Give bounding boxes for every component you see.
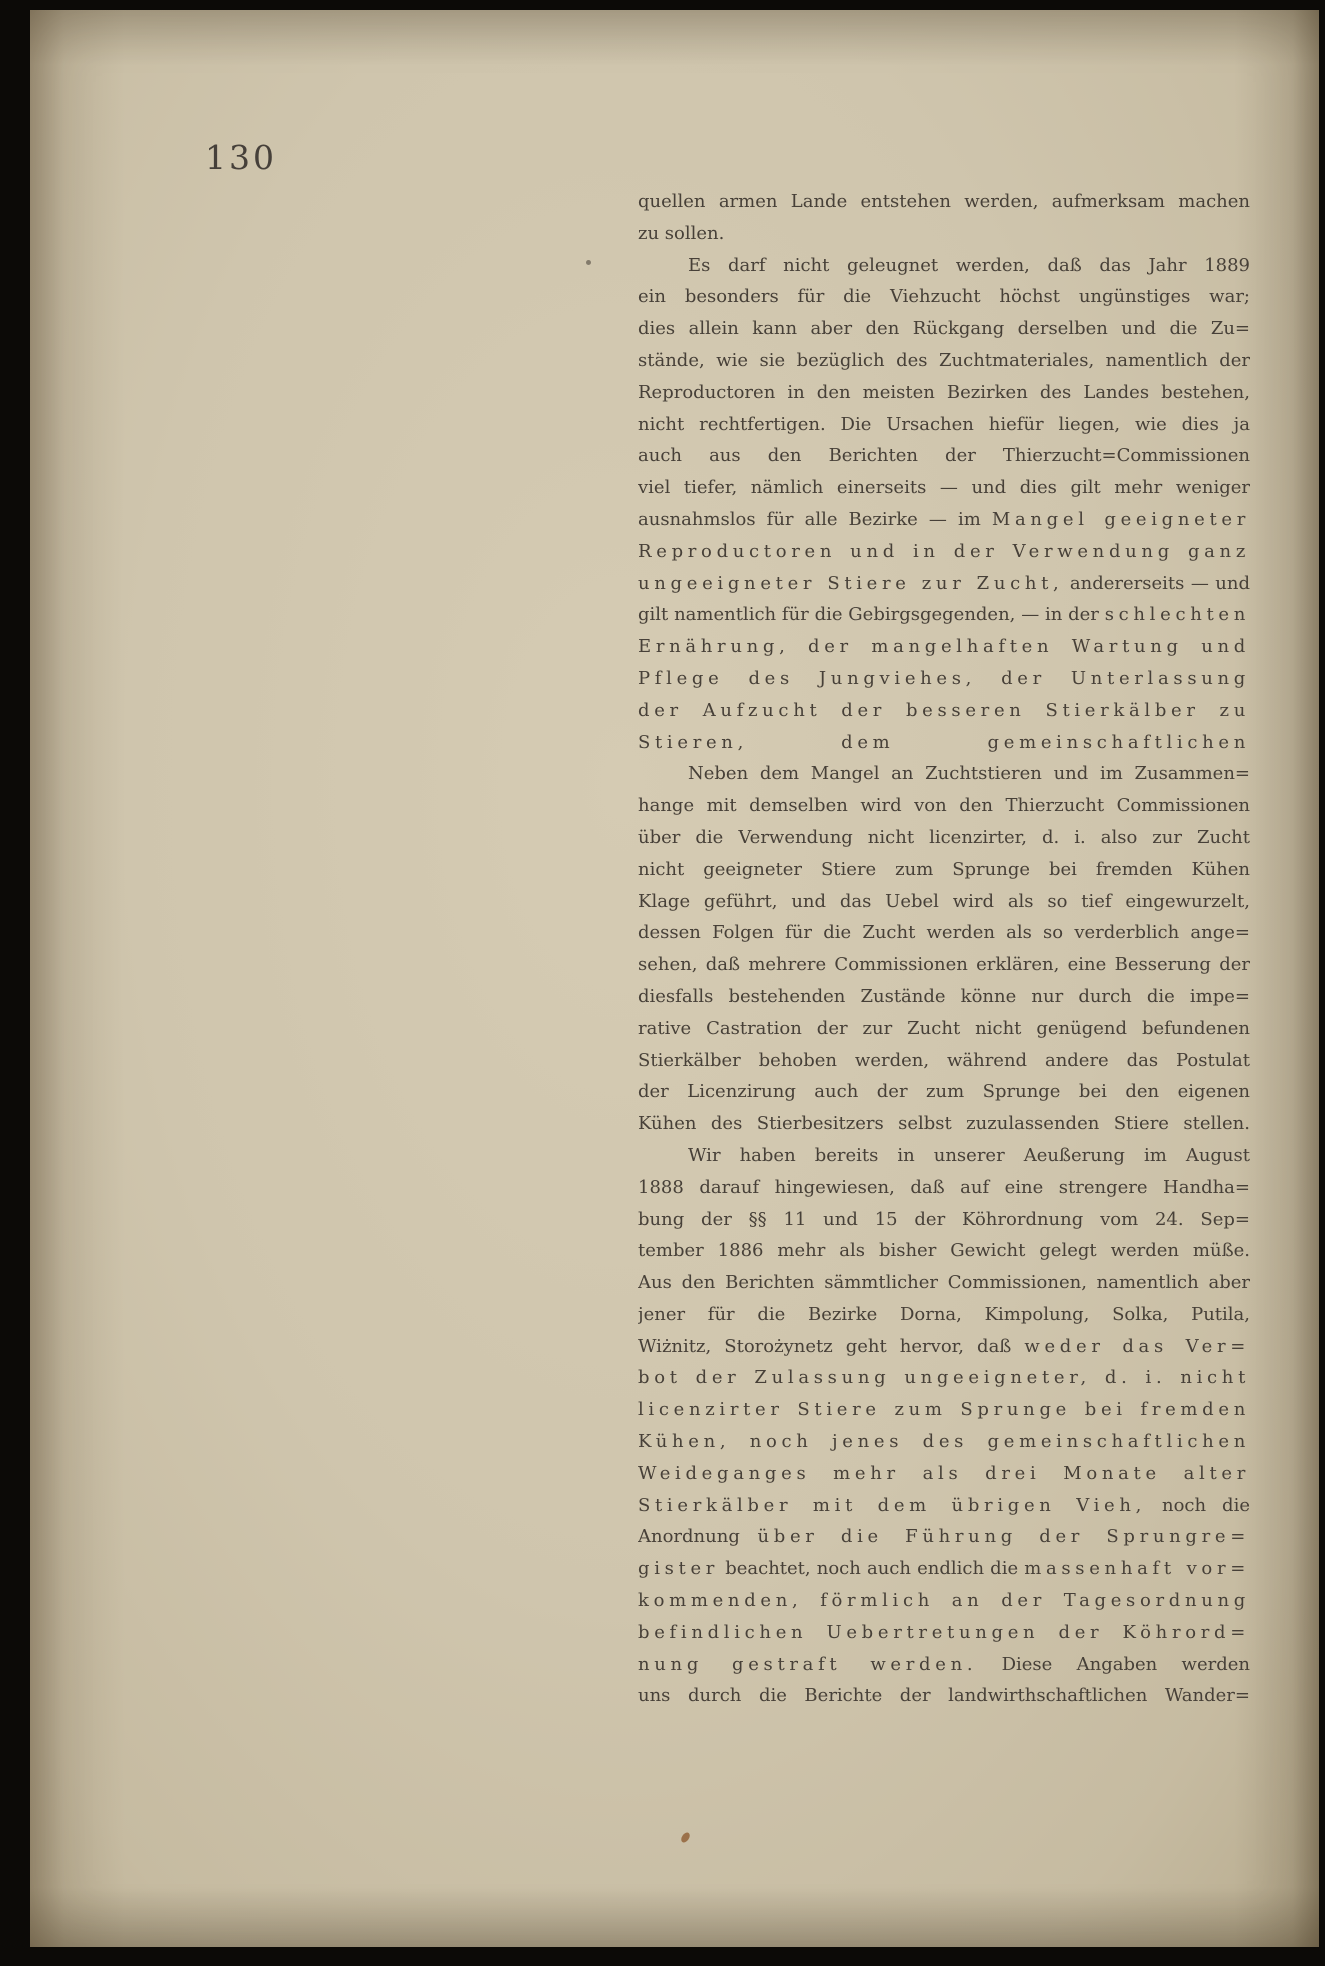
- text-line: nicht geeigneter Stiere zum Sprunge bei …: [638, 854, 1250, 886]
- text-line: Weideganges mehr als drei Monate alter: [638, 1458, 1250, 1490]
- text-line: Pflege des Jungviehes, der Unterlassung: [638, 663, 1250, 695]
- body-text: rative Castration der zur Zucht nicht ge…: [638, 1018, 1250, 1039]
- letterspaced-text: befindlichen Uebertretungen der Köhrord=: [638, 1622, 1250, 1643]
- letterspaced-text: massenhaft vor=: [1024, 1558, 1250, 1579]
- letterspaced-text: über die Führung der Sprungre=: [758, 1526, 1251, 1547]
- text-line: befindlichen Uebertretungen der Köhrord=: [638, 1617, 1250, 1649]
- text-line: der Aufzucht der besseren Stierkälber zu: [638, 695, 1250, 727]
- body-text: Anordnung: [638, 1526, 758, 1547]
- text-line: licenzirter Stiere zum Sprunge bei fremd…: [638, 1394, 1250, 1426]
- text-line: Anordnung über die Führung der Sprungre=: [638, 1521, 1250, 1553]
- text-line: tember 1886 mehr als bisher Gewicht gele…: [638, 1235, 1250, 1267]
- letterspaced-text: Pflege des Jungviehes, der Unterlassung: [638, 668, 1250, 689]
- body-text: Es darf nicht geleugnet werden, daß das …: [688, 255, 1250, 276]
- text-line: gilt namentlich für die Gebirgsgegenden,…: [638, 599, 1250, 631]
- body-text: nicht geeigneter Stiere zum Sprunge bei …: [638, 859, 1250, 880]
- body-text: Kühen des Stierbesitzers selbst zuzulass…: [638, 1113, 1250, 1134]
- text-line: nung gestraft werden. Diese Angaben werd…: [638, 1649, 1250, 1681]
- text-line: Reproductoren und in der Verwendung ganz: [638, 536, 1250, 568]
- text-line: nicht rechtfertigen. Die Ursachen hiefür…: [638, 409, 1250, 441]
- body-text: Klage geführt, und das Uebel wird als so…: [638, 891, 1250, 912]
- body-text: sehen, daß mehrere Commissionen erklären…: [638, 954, 1250, 975]
- body-text: stände, wie sie bezüglich des Zuchtmater…: [638, 350, 1250, 371]
- text-line: Neben dem Mangel an Zuchtstieren und im …: [638, 758, 1250, 790]
- text-line: ungeeigneter Stiere zur Zucht, andererse…: [638, 568, 1250, 600]
- text-line: Es darf nicht geleugnet werden, daß das …: [638, 250, 1250, 282]
- text-line: zu sollen.: [638, 218, 1250, 250]
- scanned-book-page: 130 quellen armen Lande entstehen werden…: [0, 0, 1325, 1966]
- body-text: beachtet, noch auch endlich die: [719, 1558, 1024, 1579]
- letterspaced-text: Weideganges mehr als drei Monate alter: [638, 1463, 1250, 1484]
- body-text: Reproductoren in den meisten Bezirken de…: [638, 382, 1250, 403]
- text-line: über die Verwendung nicht licenzirter, d…: [638, 822, 1250, 854]
- body-text: der Licenzirung auch der zum Sprunge bei…: [638, 1081, 1250, 1102]
- body-text: gilt namentlich für die Gebirgsgegenden,…: [638, 604, 1105, 625]
- text-line: jener für die Bezirke Dorna, Kimpolung, …: [638, 1299, 1250, 1331]
- text-line: der Licenzirung auch der zum Sprunge bei…: [638, 1076, 1250, 1108]
- text-line: quellen armen Lande entstehen werden, au…: [638, 186, 1250, 218]
- body-text: 1888 darauf hingewiesen, daß auf eine st…: [638, 1177, 1250, 1198]
- text-line: Reproductoren in den meisten Bezirken de…: [638, 377, 1250, 409]
- letterspaced-text: schlechten: [1105, 604, 1250, 625]
- text-line: Aus den Berichten sämmtlicher Commission…: [638, 1267, 1250, 1299]
- body-text: nicht rechtfertigen. Die Ursachen hiefür…: [638, 414, 1250, 435]
- body-text: noch die: [1146, 1495, 1250, 1516]
- text-line: sehen, daß mehrere Commissionen erklären…: [638, 949, 1250, 981]
- letterspaced-text: nung gestraft werden.: [638, 1654, 977, 1675]
- body-text: Diese Angaben werden: [977, 1654, 1250, 1675]
- text-line: bot der Zulassung ungeeigneter, d. i. ni…: [638, 1362, 1250, 1394]
- text-line: Wir haben bereits in unserer Aeußerung i…: [638, 1140, 1250, 1172]
- text-line: 1888 darauf hingewiesen, daß auf eine st…: [638, 1172, 1250, 1204]
- text-line: uns durch die Berichte der landwirthscha…: [638, 1680, 1250, 1712]
- letterspaced-text: Ernährung, der mangelhaften Wartung und: [638, 636, 1250, 657]
- body-text: hange mit demselben wird von den Thierzu…: [638, 795, 1250, 816]
- text-line: Stierkälber behoben werden, während ande…: [638, 1045, 1250, 1077]
- body-text: dies allein kann aber den Rückgang derse…: [638, 318, 1250, 339]
- body-text: über die Verwendung nicht licenzirter, d…: [638, 827, 1250, 848]
- body-text: diesfalls bestehenden Zustände könne nur…: [638, 986, 1250, 1007]
- body-text: viel tiefer, nämlich einerseits — und di…: [638, 477, 1250, 498]
- body-text: uns durch die Berichte der landwirthscha…: [638, 1685, 1250, 1706]
- letterspaced-text: kommenden, förmlich an der Tagesordnung: [638, 1590, 1250, 1611]
- page-number: 130: [205, 138, 277, 177]
- body-text: tember 1886 mehr als bisher Gewicht gele…: [638, 1240, 1250, 1261]
- text-line: Stierkälber mit dem übrigen Vieh, noch d…: [638, 1490, 1250, 1522]
- text-line: rative Castration der zur Zucht nicht ge…: [638, 1013, 1250, 1045]
- body-text: bung der §§ 11 und 15 der Köhrordnung vo…: [638, 1209, 1250, 1230]
- stain-speck: [679, 1831, 691, 1844]
- body-text: Neben dem Mangel an Zuchtstieren und im …: [688, 763, 1250, 784]
- text-line: Ernährung, der mangelhaften Wartung und: [638, 631, 1250, 663]
- body-text: Wir haben bereits in unserer Aeußerung i…: [688, 1145, 1250, 1166]
- letterspaced-text: Reproductoren und in der Verwendung ganz: [638, 541, 1250, 562]
- ink-speck: [586, 260, 591, 265]
- body-text: quellen armen Lande entstehen werden, au…: [638, 191, 1250, 212]
- text-line: gister beachtet, noch auch endlich die m…: [638, 1553, 1250, 1585]
- letterspaced-text: ungeeigneter Stiere zur Zucht,: [638, 573, 1063, 594]
- text-line: kommenden, förmlich an der Tagesordnung: [638, 1585, 1250, 1617]
- text-line: bung der §§ 11 und 15 der Köhrordnung vo…: [638, 1204, 1250, 1236]
- text-line: diesfalls bestehenden Zustände könne nur…: [638, 981, 1250, 1013]
- letterspaced-text: Kühen, noch jenes des gemeinschaftlichen: [638, 1431, 1250, 1452]
- body-text: Stierkälber behoben werden, während ande…: [638, 1050, 1250, 1071]
- text-line: stände, wie sie bezüglich des Zuchtmater…: [638, 345, 1250, 377]
- body-text: dessen Folgen für die Zucht werden als s…: [638, 922, 1250, 943]
- letterspaced-text: Stieren, dem gemeinschaftlichen Weidegan…: [638, 732, 1250, 759]
- letterspaced-text: Stierkälber mit dem übrigen Vieh,: [638, 1495, 1146, 1516]
- text-line: Kühen, noch jenes des gemeinschaftlichen: [638, 1426, 1250, 1458]
- text-line: Wiżnitz, Storożynetz geht hervor, daß we…: [638, 1331, 1250, 1363]
- body-text: Wiżnitz, Storożynetz geht hervor, daß: [638, 1336, 1024, 1357]
- text-line: dessen Folgen für die Zucht werden als s…: [638, 917, 1250, 949]
- text-line: dies allein kann aber den Rückgang derse…: [638, 313, 1250, 345]
- letterspaced-text: licenzirter Stiere zum Sprunge bei fremd…: [638, 1399, 1250, 1420]
- body-text: jener für die Bezirke Dorna, Kimpolung, …: [638, 1304, 1250, 1325]
- text-line: auch aus den Berichten der Thierzucht=Co…: [638, 440, 1250, 472]
- text-line: hange mit demselben wird von den Thierzu…: [638, 790, 1250, 822]
- text-column: quellen armen Lande entstehen werden, au…: [638, 186, 1250, 1712]
- letterspaced-text: weder das Ver=: [1024, 1336, 1250, 1357]
- body-text: ausnahmslos für alle Bezirke — im: [638, 509, 992, 530]
- text-line: Kühen des Stierbesitzers selbst zuzulass…: [638, 1108, 1250, 1140]
- text-line: ein besonders für die Viehzucht höchst u…: [638, 281, 1250, 313]
- page-paper: 130 quellen armen Lande entstehen werden…: [30, 10, 1319, 1947]
- text-line: ausnahmslos für alle Bezirke — im Mangel…: [638, 504, 1250, 536]
- letterspaced-text: der Aufzucht der besseren Stierkälber zu: [638, 700, 1250, 721]
- body-text: zu sollen.: [638, 223, 724, 244]
- text-line: Klage geführt, und das Uebel wird als so…: [638, 886, 1250, 918]
- body-text: auch aus den Berichten der Thierzucht=Co…: [638, 445, 1250, 472]
- text-line: Stieren, dem gemeinschaftlichen Weidegan…: [638, 727, 1250, 759]
- text-line: viel tiefer, nämlich einerseits — und di…: [638, 472, 1250, 504]
- body-text: ein besonders für die Viehzucht höchst u…: [638, 286, 1250, 307]
- letterspaced-text: gister: [638, 1558, 719, 1579]
- letterspaced-text: bot der Zulassung ungeeigneter, d. i. ni…: [638, 1367, 1250, 1388]
- body-text: Aus den Berichten sämmtlicher Commission…: [638, 1272, 1250, 1293]
- letterspaced-text: Mangel geeigneter: [992, 509, 1250, 530]
